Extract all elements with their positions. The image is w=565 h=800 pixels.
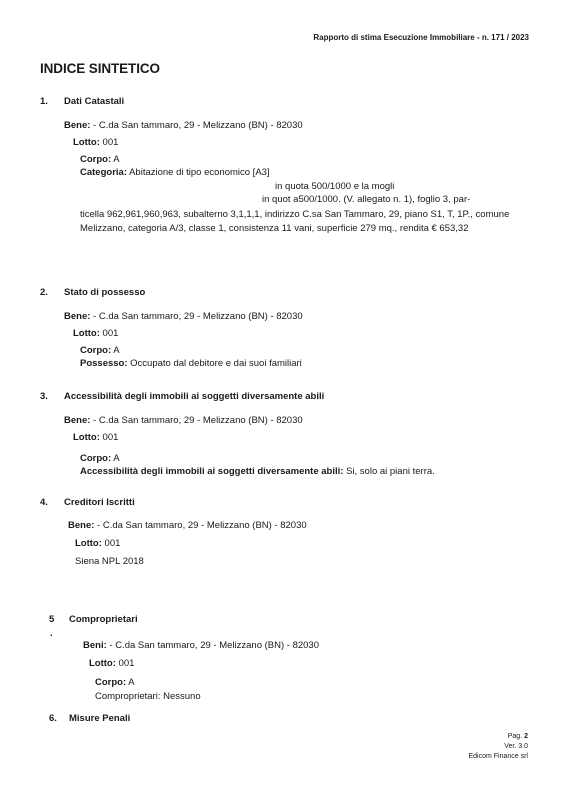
categoria-value: Abitazione di tipo economico [A3] xyxy=(127,167,270,178)
lotto-value: 001 xyxy=(100,137,119,148)
creditor-line: Siena NPL 2018 xyxy=(75,556,144,567)
corpo-line-5: Corpo: A xyxy=(95,677,135,688)
bene-label: Bene: xyxy=(64,415,90,426)
lotto-value: 001 xyxy=(116,658,135,669)
bene-label: Beni: xyxy=(83,640,107,651)
accessibility-label: Accessibilità degli immobili ai soggetti… xyxy=(80,466,343,477)
report-header: Rapporto di stima Esecuzione Immobiliare… xyxy=(313,33,529,42)
quota-line-2: in quot a500/1000. (V. allegato n. 1), f… xyxy=(262,194,470,205)
corpo-value: A xyxy=(111,453,119,464)
bene-value: - C.da San tammaro, 29 - Melizzano (BN) … xyxy=(107,640,319,651)
lotto-value: 001 xyxy=(100,432,119,443)
corpo-label: Corpo: xyxy=(80,453,111,464)
section-title: Dati Catastali xyxy=(64,96,124,107)
section-heading-4: 4.Creditori Iscritti xyxy=(40,497,135,508)
corpo-value: A xyxy=(111,154,119,165)
bene-line-1: Bene: - C.da San tammaro, 29 - Melizzano… xyxy=(64,120,303,131)
section-number: 4. xyxy=(40,497,64,508)
section-title: Accessibilità degli immobili ai soggetti… xyxy=(64,391,324,402)
section-title: Creditori Iscritti xyxy=(64,497,135,508)
bene-line-2: Bene: - C.da San tammaro, 29 - Melizzano… xyxy=(64,311,303,322)
corpo-value: A xyxy=(111,345,119,356)
section-number: 5 xyxy=(49,614,69,625)
categoria-label: Categoria: xyxy=(80,167,127,178)
bene-line-5: Beni: - C.da San tammaro, 29 - Melizzano… xyxy=(83,640,319,651)
corpo-line-2: Corpo: A xyxy=(80,345,120,356)
accessibility-line: Accessibilità degli immobili ai soggetti… xyxy=(80,466,435,477)
lotto-line-1: Lotto: 001 xyxy=(73,137,118,148)
company-name: Edicom Finance srl xyxy=(468,753,528,760)
lotto-line-5: Lotto: 001 xyxy=(89,658,134,669)
page-number-value: 2 xyxy=(524,733,528,740)
corpo-label: Corpo: xyxy=(80,345,111,356)
bene-value: - C.da San tammaro, 29 - Melizzano (BN) … xyxy=(94,520,306,531)
section-title: Misure Penali xyxy=(69,713,130,724)
lotto-label: Lotto: xyxy=(75,538,102,549)
cadastral-details: ticella 962,961,960,963, subalterno 3,1,… xyxy=(80,208,535,235)
page-label: Pag. xyxy=(508,733,524,740)
possesso-label: Possesso: xyxy=(80,358,128,369)
version-label: Ver. 3.0 xyxy=(504,743,528,750)
accessibility-value: Si, solo ai piani terra. xyxy=(343,466,434,477)
corpo-label: Corpo: xyxy=(80,154,111,165)
corpo-label: Corpo: xyxy=(95,677,126,688)
lotto-label: Lotto: xyxy=(73,328,100,339)
lotto-value: 001 xyxy=(100,328,119,339)
comproprietari-line: Comproprietari: Nessuno xyxy=(95,691,201,702)
corpo-line-1: Corpo: A xyxy=(80,154,120,165)
section-heading-3: 3.Accessibilità degli immobili ai sogget… xyxy=(40,391,324,402)
corpo-line-3: Corpo: A xyxy=(80,453,120,464)
lotto-label: Lotto: xyxy=(73,137,100,148)
section-heading-2: 2.Stato di possesso xyxy=(40,287,145,298)
section-title: Stato di possesso xyxy=(64,287,145,298)
bene-value: - C.da San tammaro, 29 - Melizzano (BN) … xyxy=(90,415,302,426)
bene-label: Bene: xyxy=(64,311,90,322)
possesso-value: Occupato dal debitore e dai suoi familia… xyxy=(128,358,302,369)
lotto-line-3: Lotto: 001 xyxy=(73,432,118,443)
section-number: 6. xyxy=(49,713,69,724)
page-number: Pag. 2 xyxy=(508,733,528,740)
lotto-label: Lotto: xyxy=(73,432,100,443)
corpo-value: A xyxy=(126,677,134,688)
bene-value: - C.da San tammaro, 29 - Melizzano (BN) … xyxy=(90,311,302,322)
categoria-line: Categoria: Abitazione di tipo economico … xyxy=(80,167,270,178)
bene-label: Bene: xyxy=(68,520,94,531)
page-title: INDICE SINTETICO xyxy=(40,61,160,76)
section-number: 1. xyxy=(40,96,64,107)
section-number: 2. xyxy=(40,287,64,298)
quota-line-1: in quota 500/1000 e la mogli xyxy=(275,181,394,192)
lotto-line-2: Lotto: 001 xyxy=(73,328,118,339)
lotto-value: 001 xyxy=(102,538,121,549)
bene-line-3: Bene: - C.da San tammaro, 29 - Melizzano… xyxy=(64,415,303,426)
possesso-line: Possesso: Occupato dal debitore e dai su… xyxy=(80,358,302,369)
section-heading-1: 1.Dati Catastali xyxy=(40,96,124,107)
section-number: 3. xyxy=(40,391,64,402)
stray-dot: . xyxy=(50,628,53,639)
section-heading-6: 6.Misure Penali xyxy=(49,713,130,724)
bene-label: Bene: xyxy=(64,120,90,131)
bene-line-4: Bene: - C.da San tammaro, 29 - Melizzano… xyxy=(68,520,307,531)
lotto-label: Lotto: xyxy=(89,658,116,669)
lotto-line-4: Lotto: 001 xyxy=(75,538,120,549)
bene-value: - C.da San tammaro, 29 - Melizzano (BN) … xyxy=(90,120,302,131)
section-title: Comproprietari xyxy=(69,614,138,625)
section-heading-5: 5Comproprietari xyxy=(49,614,138,625)
